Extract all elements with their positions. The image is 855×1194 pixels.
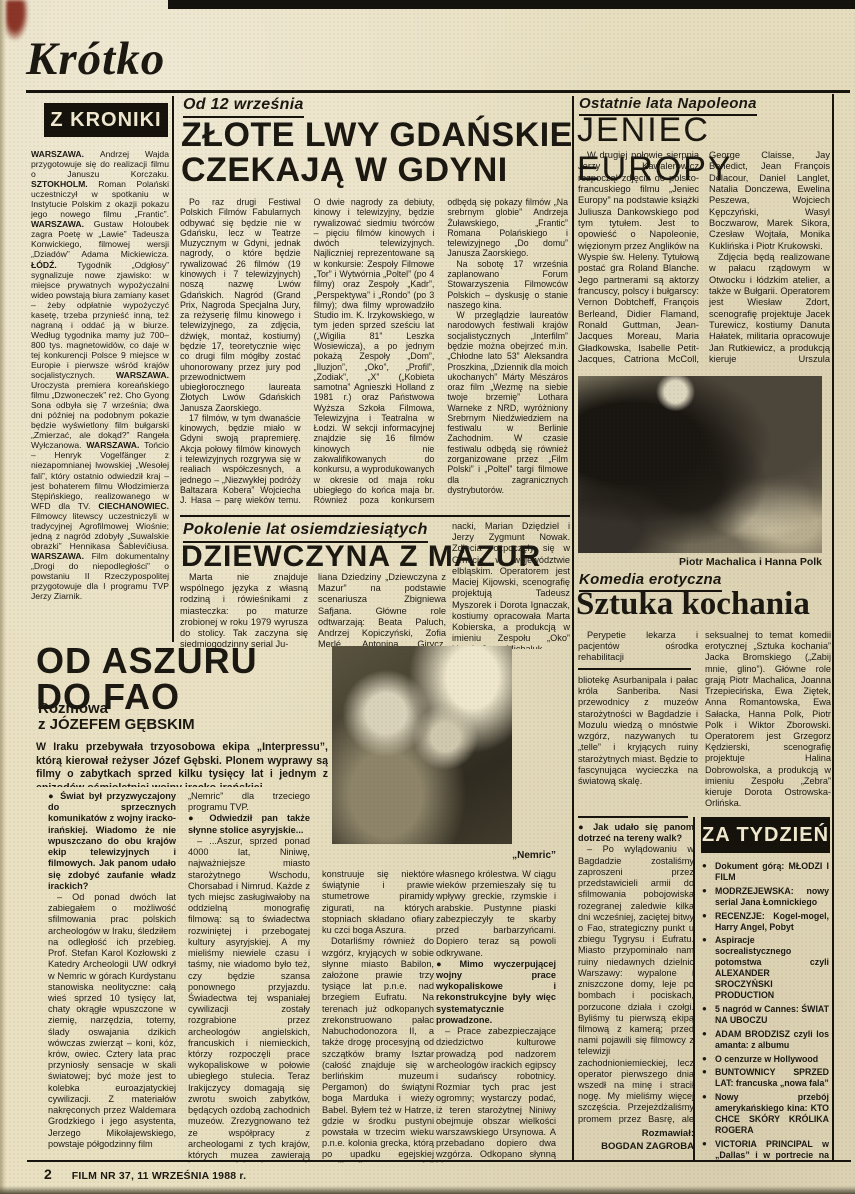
sztuka-intro-col: Perypetie lekarza i pacjentów ośrodka re…: [578, 630, 698, 663]
scan-smudge: [6, 0, 28, 40]
masthead-rule: [26, 90, 850, 93]
interview-col-6: ● Jak udało się panom dotrzeć na tereny …: [578, 822, 694, 1124]
interview-sub2: z JÓZEFEM GĘBSKIM: [38, 716, 195, 733]
paragraph: ● Mimo wyczerpującej wojny prace wykopal…: [436, 959, 556, 1026]
paragraph: ● Świat był przyzwyczajony do sprzecznyc…: [48, 791, 176, 892]
za-tydzien-divider: [693, 817, 695, 1162]
page-left-edge: [0, 0, 6, 1194]
zlote-lwy-kicker: Od 12 września: [183, 96, 304, 118]
kronika-header: Z KRONIKI: [44, 103, 168, 137]
sztuka-rest-col: seksualnej to temat komedii erotycznej „…: [705, 630, 831, 818]
interview-col5-rule: [578, 668, 691, 670]
kronika-city: WARSZAWA.: [31, 219, 94, 229]
dziewczyna-col-2: liana Dziedziny „Dziewczyna z Mazur” na …: [318, 572, 446, 649]
paragraph: – Prace zabezpieczające dziedzictwo kult…: [436, 1026, 556, 1163]
kronika-city: WARSZAWA.: [31, 149, 100, 159]
divider-right: [832, 94, 834, 1160]
interview-col-1: ● Świat był przyzwyczajony do sprzecznyc…: [48, 791, 176, 1163]
kronika-column: WARSZAWA. Andrzej Wajda przygotowuje się…: [31, 149, 169, 641]
paragraph: „Nemric” dla trzeciego programu TVP.: [188, 791, 310, 813]
za-tydzien-item: 5 nagród w Cannes: ŚWIAT NA UBOCZU: [702, 1004, 829, 1026]
zlote-lwy-body: Po raz drugi Festiwal Polskich Filmów Fa…: [180, 197, 568, 513]
kronika-city: WARSZAWA.: [116, 370, 169, 380]
paragraph: Perypetie lekarza i pacjentów ośrodka re…: [578, 630, 698, 663]
interview-signature-label: Rozmawiał:: [578, 1128, 694, 1139]
issue-line: FILM NR 37, 11 WRZEŚNIA 1988 r.: [72, 1170, 246, 1182]
kronika-city: WARSZAWA.: [31, 551, 92, 561]
sztuka-title: Sztuka kochania: [576, 586, 810, 623]
za-tydzien-item: RECENZJE: Kogel-mogel, Harry Angel, Poby…: [702, 911, 829, 933]
za-tydzien-header: ZA TYDZIEŃ: [701, 817, 830, 853]
footer: 2FILM NR 37, 11 WRZEŚNIA 1988 r.: [44, 1166, 246, 1184]
paragraph: ● Jak udało się panom dotrzeć na tereny …: [578, 822, 694, 844]
paragraph: – ...Aszur, sprzed ponad 4000 lat, Niniw…: [188, 836, 310, 1163]
paragraph: liana Dziedziny „Dziewczyna z Mazur” na …: [318, 572, 446, 649]
kronika-city: CIECHANOWIEC.: [98, 501, 169, 511]
page-title: Krótko: [26, 32, 165, 86]
interview-col-3: konstruuje się niektóre świątynie i praw…: [322, 869, 434, 1163]
paragraph: Po raz drugi Festiwal Polskich Filmów Fa…: [180, 197, 301, 413]
za-tydzien-item: BUNTOWNICY SPRZED LAT: francuska „nowa f…: [702, 1067, 829, 1089]
paragraph: – Od ponad dwóch lat zabiegałem o możliw…: [48, 892, 176, 1150]
page-bottom-edge: [0, 1186, 855, 1194]
jeniec-body: W drugiej połowie sierpnia Jerzy Kawaler…: [578, 150, 830, 374]
paragraph: W przeglądzie laureatów narodowych festi…: [447, 310, 568, 495]
paragraph: konstruuje się niektóre świątynie i praw…: [322, 869, 434, 936]
dziewczyna-rule: [180, 515, 570, 517]
zlote-lwy-title: ZŁOTE LWY GDAŃSKIE CZEKAJĄ W GDYNI: [181, 118, 573, 188]
paragraph: bliotekę Asurbanipala i pałac króla Sanb…: [578, 675, 698, 787]
za-tydzien-item: VICTORIA PRINCIPAL w „Dallas” i w portre…: [702, 1139, 829, 1161]
za-tydzien-item: Dokument górą: MŁODZI I FILM: [702, 861, 829, 883]
page-number: 2: [44, 1166, 52, 1182]
kronika-text: WARSZAWA. Andrzej Wajda przygotowuje się…: [31, 149, 169, 601]
paragraph: nacki, Marian Dziędziel i Jerzy Zygmunt …: [452, 521, 570, 649]
za-tydzien-item: O cenzurze w Hollywood: [702, 1054, 829, 1065]
jeniec-photo-caption: Piotr Machalica i Hanna Polk: [578, 556, 822, 568]
paragraph: Marta nie znajduje wspólnego języka z wł…: [180, 572, 308, 649]
za-tydzien-item: MODRZEJEWSKA: nowy serial Jana Łomnickie…: [702, 886, 829, 908]
kronika-city: SZTOKHOLM.: [31, 179, 98, 189]
nemric-photo: [332, 646, 512, 844]
magazine-page: Krótko Z KRONIKI WARSZAWA. Andrzej Wajda…: [0, 0, 855, 1194]
interview-lead: W Iraku przebywała trzyosobowa ekipa „In…: [36, 741, 328, 787]
paragraph: – Po wylądowaniu w Bagdadzie zostaliśmy …: [578, 844, 694, 1124]
za-tydzien-item: Aspiracje socrealistycznego potomstwa cz…: [702, 935, 829, 1000]
kronika-city: ŁÓDŹ.: [31, 260, 77, 270]
interview-col-5: bliotekę Asurbanipala i pałac króla Sanb…: [578, 675, 698, 813]
footer-rule: [27, 1160, 851, 1162]
paragraph: seksualnej to temat komedii erotycznej „…: [705, 630, 831, 810]
dziewczyna-col-3: nacki, Marian Dziędziel i Jerzy Zygmunt …: [452, 521, 570, 649]
nemric-photo-caption: „Nemric”: [436, 850, 556, 861]
paragraph: własnego królestwa. W ciągu wieków przem…: [436, 869, 556, 959]
interview-col-2: „Nemric” dla trzeciego programu TVP.● Od…: [188, 791, 310, 1163]
dziewczyna-col-1: Marta nie znajduje wspólnego języka z wł…: [180, 572, 308, 649]
paragraph: Na sobotę 17 września zaplanowano Forum …: [447, 259, 568, 310]
scan-top-bar: [168, 0, 855, 9]
divider-center: [572, 96, 574, 1160]
interview-col6-rule: [578, 816, 688, 818]
divider-kronika: [172, 96, 174, 642]
jeniec-photo: [578, 376, 822, 553]
interview-signature-name: BOGDAN ZAGROBA: [578, 1141, 694, 1152]
paragraph: ● Odwiedził pan także słynne stolice asy…: [188, 813, 310, 835]
paragraph: Dotarliśmy również do wzgórz, kryjących …: [322, 936, 434, 1163]
interview-col-4: własnego królestwa. W ciągu wieków przem…: [436, 869, 556, 1163]
za-tydzien-item: ADAM BRODZISZ czyli los amanta: z albumu: [702, 1029, 829, 1051]
interview-sub1: Rozmowa: [38, 700, 108, 717]
za-tydzien-list: Dokument górą: MŁODZI I FILMMODRZEJEWSKA…: [702, 861, 829, 1161]
kronika-city: WARSZAWA.: [86, 440, 144, 450]
za-tydzien-item: Nowy przebój amerykańskiego kina: KTO CH…: [702, 1092, 829, 1136]
